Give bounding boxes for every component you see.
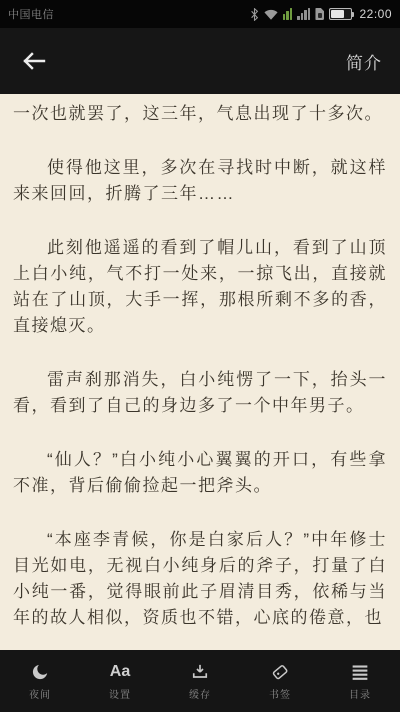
contents-button[interactable]: 目录 [320,650,400,712]
moon-icon [30,661,50,683]
status-bar: 中国电信 22:00 [0,0,400,28]
status-time: 22:00 [359,7,392,21]
left-arrow-icon [22,52,46,70]
font-settings-icon: Aa [110,661,130,683]
carrier-label: 中国电信 [8,6,54,22]
header-bar: 简介 [0,28,400,94]
cache-download-button[interactable]: 缓存 [160,650,240,712]
signal-data-icon [283,8,293,20]
toolbar-label: 缓存 [189,686,211,701]
download-icon [190,661,210,683]
sim-card-icon [315,8,324,20]
status-icons: 22:00 [250,7,392,21]
toolbar-label: 夜间 [29,686,51,701]
paragraph: 一次也就罢了，这三年，气息出现了十多次。 [13,101,387,127]
toolbar-label: 书签 [269,686,291,701]
bluetooth-icon [250,8,259,21]
back-button[interactable] [18,48,50,74]
bookmark-button[interactable]: 书签 [240,650,320,712]
font-settings-button[interactable]: Aa 设置 [80,650,160,712]
toolbar-label: 目录 [349,686,371,701]
battery-icon [329,8,352,20]
paragraph: “仙人？”白小纯小心翼翼的开口，有些拿不准，背后偷偷捡起一把斧头。 [13,447,387,499]
paragraph: 雷声刹那消失，白小纯愣了一下，抬头一看，看到了自己的身边多了一个中年男子。 [13,367,387,419]
paragraph: 此刻他遥遥的看到了帽儿山，看到了山顶上白小纯，气不打一处来，一掠飞出，直接就站在… [13,235,387,339]
signal-bars-icon [297,8,310,20]
list-icon [350,661,370,683]
bottom-toolbar: 夜间 Aa 设置 缓存 [0,650,400,712]
toolbar-label: 设置 [109,686,131,701]
paragraph: “本座李青候，你是白家后人？”中年修士目光如电，无视白小纯身后的斧子，打量了白小… [13,527,387,631]
paragraph: 使得他这里，多次在寻找时中断，就这样来来回回，折腾了三年…… [13,155,387,207]
intro-button[interactable]: 简介 [346,49,382,74]
reader-content[interactable]: 一次也就罢了，这三年，气息出现了十多次。 使得他这里，多次在寻找时中断，就这样来… [0,94,400,650]
night-mode-button[interactable]: 夜间 [0,650,80,712]
wifi-icon [264,9,278,20]
bookmark-tag-icon [270,661,290,683]
reader-app: 中国电信 22:00 简介 一次也 [0,0,400,712]
